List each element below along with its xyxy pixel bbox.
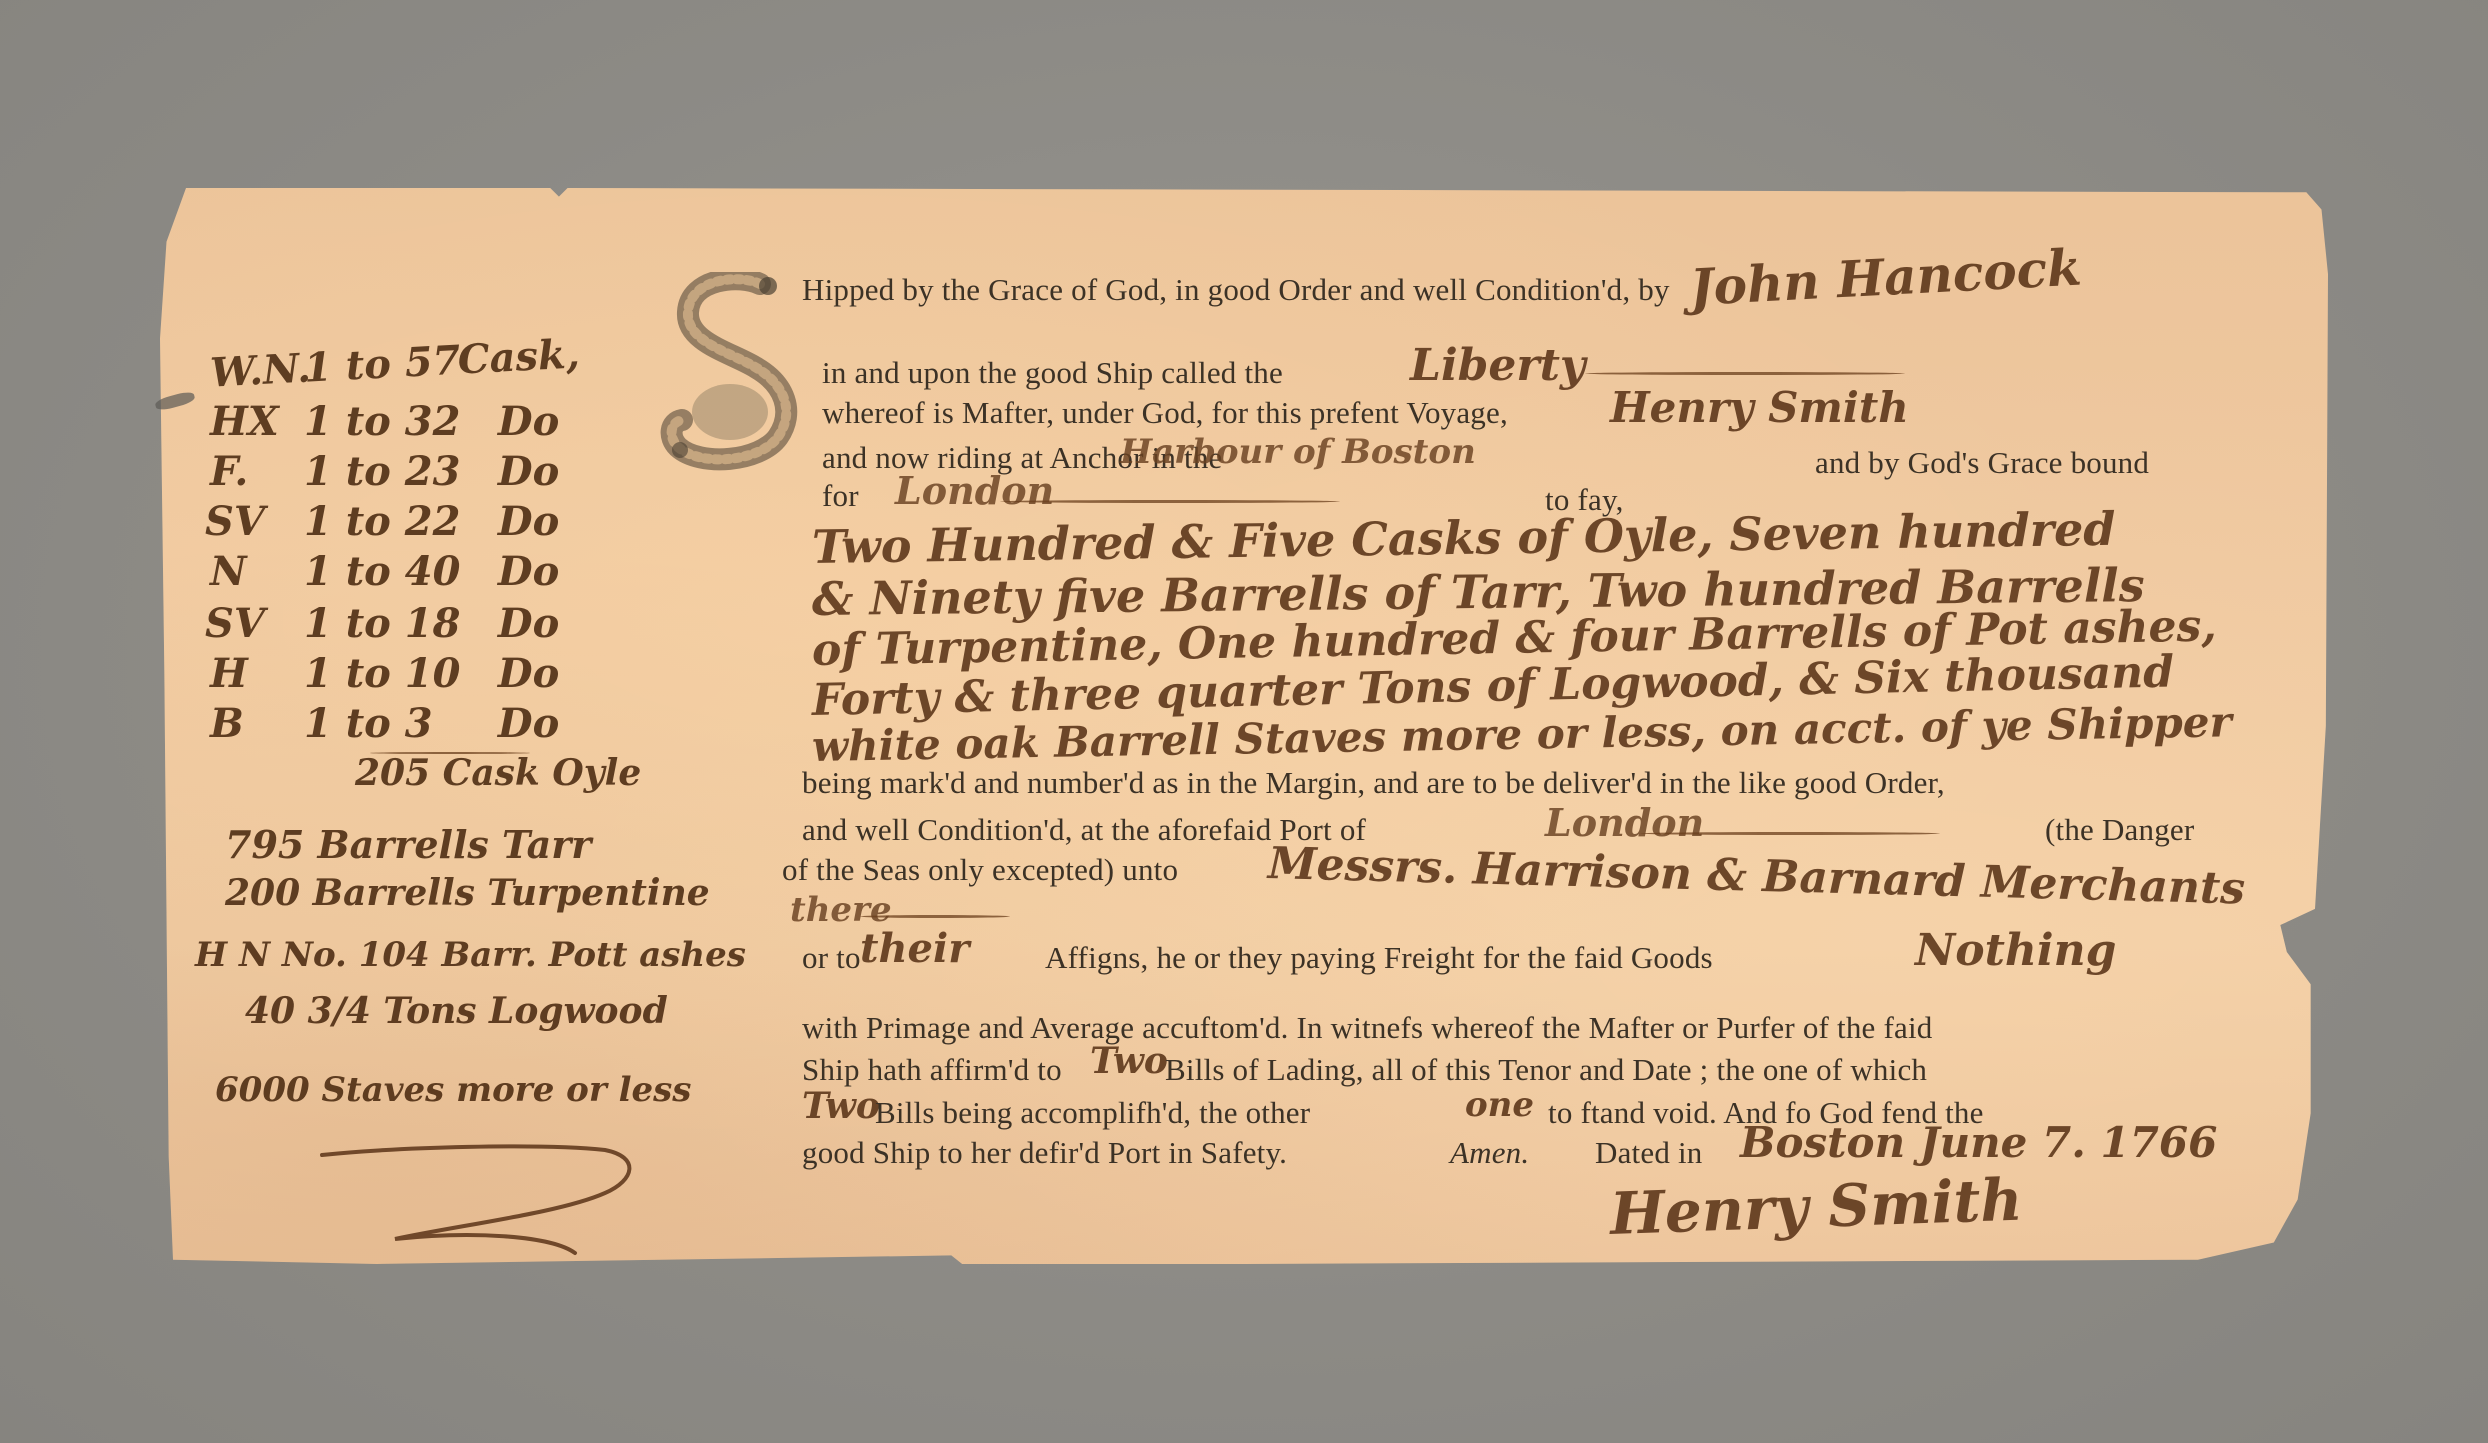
margin-mark-row: HX 1 to 32 Do (210, 398, 559, 445)
margin-total-line: 205 Cask Oyle (355, 752, 641, 794)
margin-mark-row: N 1 to 40 Do (210, 548, 559, 595)
margin-mark: F. (210, 448, 290, 495)
printed-line-ship-called: in and upon the good Ship called the (822, 355, 1283, 391)
margin-mark: HX (210, 398, 290, 445)
margin-total-line: 40 3/4 Tons Logwood (245, 990, 668, 1032)
margin-total-line: 200 Barrells Turpentine (225, 872, 710, 914)
margin-mark-row: H 1 to 10 Do (210, 650, 559, 697)
margin-unit: Do (498, 548, 559, 595)
printed-line-or-to: or to (802, 940, 861, 976)
pen-flourish-icon (320, 1135, 660, 1265)
margin-unit: Cask, (457, 330, 581, 383)
margin-mark: SV (205, 498, 290, 545)
master-name: Henry Smith (1610, 383, 1909, 432)
margin-unit: Do (498, 600, 559, 647)
margin-range: 1 to 18 (304, 600, 484, 647)
other-count: one (1465, 1085, 1534, 1125)
margin-mark-row: F. 1 to 23 Do (210, 448, 559, 495)
margin-range: 1 to 23 (304, 448, 484, 495)
margin-total-line: 6000 Staves more or less (215, 1070, 691, 1110)
bills-count: Two (1090, 1040, 1168, 1082)
margin-range: 1 to 10 (304, 650, 484, 697)
ornamental-s-initial-icon (660, 272, 810, 472)
bills-accomplished-count: Two (802, 1085, 880, 1127)
margin-unit: Do (498, 700, 559, 747)
printed-line-affirmed: Ship hath affirm'd to (802, 1052, 1062, 1088)
margin-unit: Do (498, 448, 559, 495)
printed-line-bound: and by God's Grace bound (1815, 445, 2149, 481)
delivery-port: London (1545, 800, 1704, 845)
freight-amount: Nothing (1915, 925, 2116, 976)
consignee-underline (860, 915, 1010, 918)
printed-line-primage: with Primage and Average accuftom'd. In … (802, 1010, 1932, 1046)
master-signature: Henry Smith (1609, 1166, 2024, 1248)
ship-name-underline (1585, 372, 1905, 375)
margin-range: 1 to 32 (304, 398, 484, 445)
printed-line-assigns: Affigns, he or they paying Freight for t… (1045, 940, 1713, 976)
margin-range: 1 to 3 (304, 700, 484, 747)
delivery-port-underline (1640, 832, 1940, 835)
printed-line-accomplished: Bills being accomplifh'd, the other (875, 1095, 1310, 1131)
destination-underline (1000, 500, 1340, 503)
margin-range: 1 to 40 (304, 548, 484, 595)
margin-mark: H (210, 650, 290, 697)
printed-line-marked: being mark'd and number'd as in the Marg… (802, 765, 1945, 801)
printed-line-dated-in: Dated in (1595, 1135, 1702, 1171)
margin-mark-row: SV 1 to 22 Do (205, 498, 559, 545)
margin-range: 1 to 22 (304, 498, 484, 545)
margin-mark: W.N. (209, 346, 291, 397)
consignee-continuation: there (790, 890, 892, 930)
printed-line-danger: (the Danger (2045, 812, 2194, 848)
margin-mark-row: SV 1 to 18 Do (205, 600, 559, 647)
destination-port: London (895, 468, 1054, 513)
margin-mark: SV (205, 600, 290, 647)
margin-unit: Do (498, 498, 559, 545)
ship-name: Liberty (1410, 340, 1585, 391)
margin-range: 1 to 57 (303, 337, 445, 391)
dated-place-date: Boston June 7. 1766 (1740, 1118, 2217, 1167)
printed-amen: Amen. (1450, 1135, 1529, 1171)
assigns-name: their (860, 925, 969, 972)
printed-line-for: for (822, 478, 859, 514)
margin-unit: Do (498, 650, 559, 697)
margin-total-line: 795 Barrells Tarr (225, 822, 591, 867)
printed-line-seas: of the Seas only excepted) unto (782, 852, 1178, 888)
printed-line-master: whereof is Mafter, under God, for this p… (822, 395, 1508, 431)
margin-total-line: H N No. 104 Barr. Pott ashes (195, 935, 746, 975)
margin-mark: N (210, 548, 290, 595)
anchorage-location: Harbour of Boston (1120, 432, 1476, 472)
margin-unit: Do (498, 398, 559, 445)
margin-mark-row: B 1 to 3 Do (210, 700, 559, 747)
printed-line-bills-of-lading: Bills of Lading, all of this Tenor and D… (1165, 1052, 1927, 1088)
printed-line-shipped: Hipped by the Grace of God, in good Orde… (802, 272, 1670, 308)
margin-mark: B (210, 700, 290, 747)
printed-line-safety: good Ship to her defir'd Port in Safety. (802, 1135, 1287, 1171)
